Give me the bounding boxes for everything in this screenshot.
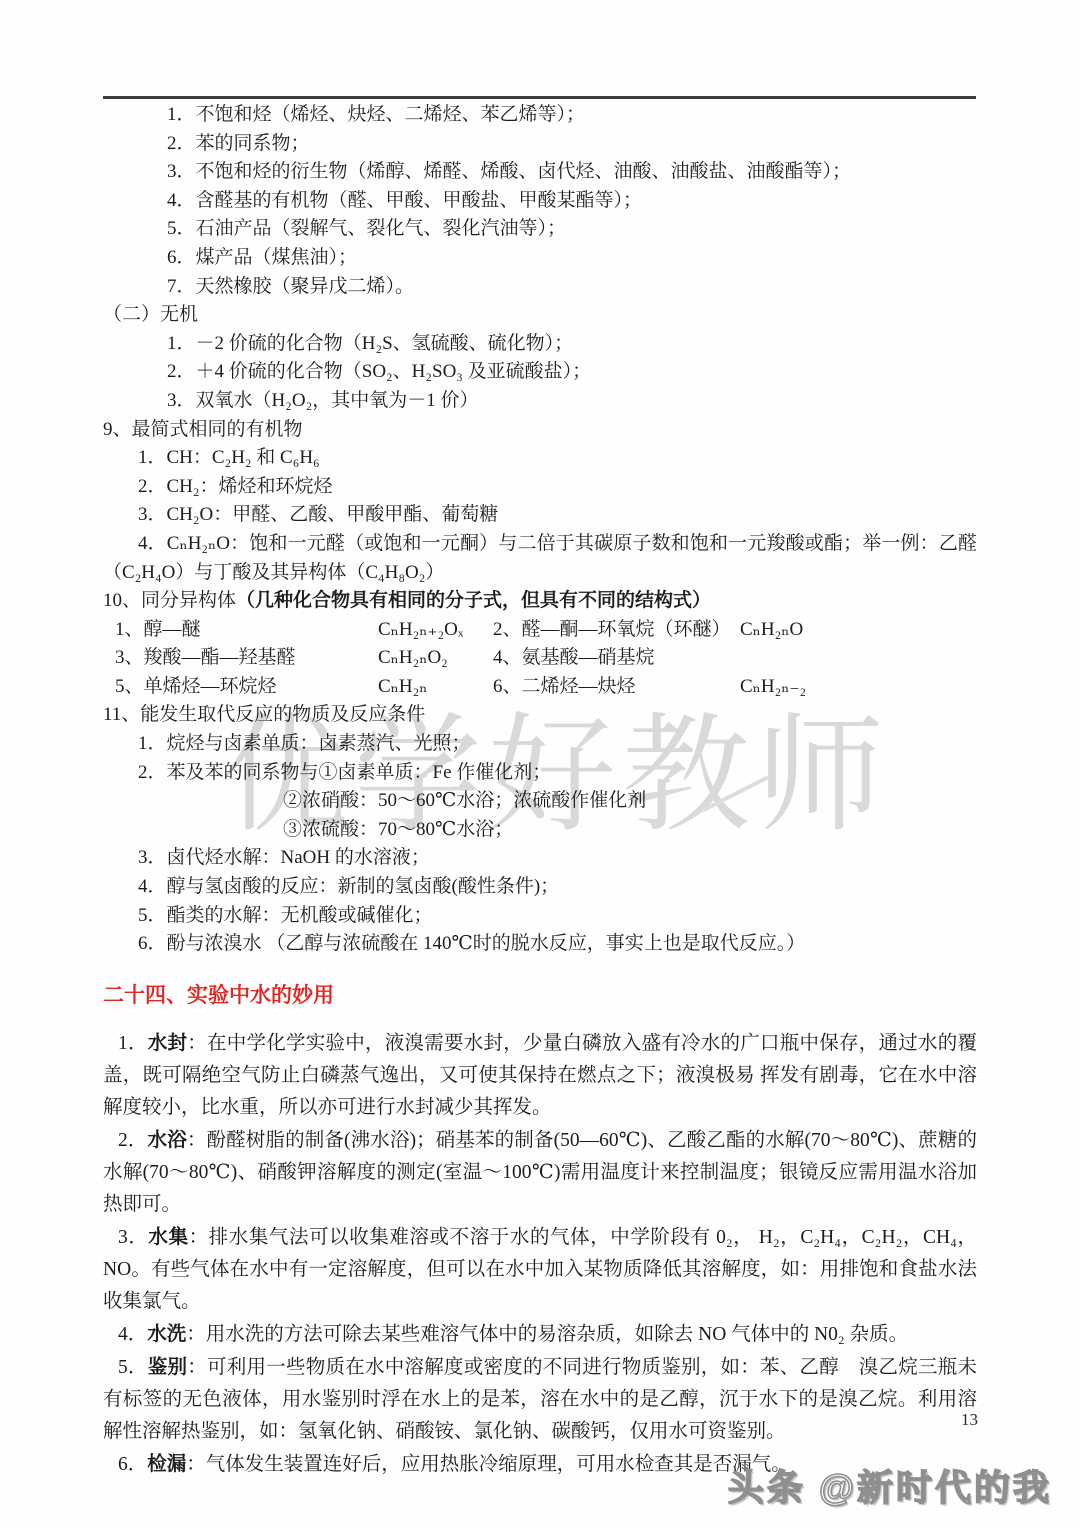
paragraph-number: 6． <box>118 1454 147 1475</box>
list-item: 1．烷烃与卤素单质：卤素蒸汽、光照； <box>103 730 977 759</box>
list-item: 2．CH₂：烯烃和环烷烃 <box>103 473 977 502</box>
section-11-heading: 11、能发生取代反应的物质及反应条件 <box>103 701 977 730</box>
list-item: 6．煤产品（煤焦油）； <box>103 244 977 273</box>
section-10-heading: 10、同分异构体（几种化合物具有相同的分子式，但具有不同的结构式） <box>103 587 977 616</box>
list-item: 5．酯类的水解：无机酸或碱催化； <box>103 902 977 931</box>
document-body: 1．不饱和烃（烯烃、炔烃、二烯烃、苯乙烯等）； 2．苯的同系物； 3．不饱和烃的… <box>103 101 977 1481</box>
paragraph: 3．水集：排水集气法可以收集难溶或不溶于水的气体，中学阶段有 0₂， H₂，C₂… <box>103 1221 977 1318</box>
list-item: 3．CH₂O：甲醛、乙酸、甲酸甲酯、葡萄糖 <box>103 501 977 530</box>
list-item: 3．卤代烃水解：NaOH 的水溶液； <box>103 844 977 873</box>
paragraph: 1．水封：在中学化学实验中，液溴需要水封，少量白磷放入盛有冷水的广口瓶中保存，通… <box>103 1027 977 1124</box>
isomer-formula: CₙH₂ₙ <box>378 673 493 702</box>
list-item: 2．＋4 价硫的化合物（SO₂、H₂SO₃ 及亚硫酸盐）； <box>103 358 977 387</box>
paragraph-text: ：酚醛树脂的制备(沸水浴)；硝基苯的制备(50—60℃)、乙酸乙酯的水解(70～… <box>103 1130 977 1215</box>
paragraph-term: 鉴别 <box>148 1356 188 1378</box>
paragraph: 2．水浴：酚醛树脂的制备(沸水浴)；硝基苯的制备(50—60℃)、乙酸乙酯的水解… <box>103 1124 977 1221</box>
document-page: 优学好教师 1．不饱和烃（烯烃、炔烃、二烯烃、苯乙烯等）； 2．苯的同系物； 3… <box>0 0 1080 1527</box>
list-item: 2．苯的同系物； <box>103 130 977 159</box>
paragraph-text: ：可利用一些物质在水中溶解度或密度的不同进行物质鉴别，如：苯、乙醇 溴乙烷三瓶未… <box>103 1357 977 1442</box>
paragraph-text: ：气体发生装置连好后，应用热胀冷缩原理，可用水检查其是否漏气。 <box>186 1454 791 1475</box>
paragraph-number: 4． <box>118 1324 147 1345</box>
list-item: 3．不饱和烃的衍生物（烯醇、烯醛、烯酸、卤代烃、油酸、油酸盐、油酸酯等）； <box>103 158 977 187</box>
paragraph-term: 检漏 <box>147 1453 186 1475</box>
list-item: 4．含醛基的有机物（醛、甲酸、甲酸盐、甲酸某酯等）； <box>103 187 977 216</box>
isomer-formula: CₙH₂ₙO <box>740 616 977 645</box>
section-10-heading-prefix: 10、同分异构体 <box>103 590 236 611</box>
list-item: 1．CH：C₂H₂ 和 C₆H₆ <box>103 444 977 473</box>
list-item: 1．－2 价硫的化合物（H₂S、氢硫酸、硫化物）； <box>103 330 977 359</box>
section-9-heading: 9、最简式相同的有机物 <box>103 416 977 445</box>
isomer-pair: 6、二烯烃—炔烃 <box>493 673 740 702</box>
paragraph-term: 水洗 <box>147 1323 186 1345</box>
paragraph-text: ：用水洗的方法可除去某些难溶气体中的易溶杂质，如除去 NO 气体中的 N0₂ 杂… <box>186 1324 908 1345</box>
isomer-pair: 2、醛—酮—环氧烷（环醚） <box>493 616 740 645</box>
isomer-formula: CₙH₂ₙ₋₂ <box>740 673 977 702</box>
paragraph-number: 2． <box>118 1130 148 1151</box>
isomer-formula: CₙH₂ₙO₂ <box>378 644 493 673</box>
section-10-heading-emphasis: （几种化合物具有相同的分子式，但具有不同的结构式） <box>236 590 711 611</box>
isomer-row: 1、醇—醚 CₙH₂ₙ₊₂Oₓ 2、醛—酮—环氧烷（环醚） CₙH₂ₙO <box>103 616 977 645</box>
paragraph: 5．鉴别：可利用一些物质在水中溶解度或密度的不同进行物质鉴别，如：苯、乙醇 溴乙… <box>103 1351 977 1448</box>
isomer-pair: 3、羧酸—酯—羟基醛 <box>115 644 378 673</box>
page-number: 13 <box>961 1410 978 1430</box>
list-item: 3．双氧水（H₂O₂，其中氧为－1 价） <box>103 387 977 416</box>
paragraph-text: ：排水集气法可以收集难溶或不溶于水的气体，中学阶段有 0₂， H₂，C₂H₄，C… <box>103 1227 977 1312</box>
list-subitem: ②浓硝酸：50～60℃水浴；浓硫酸作催化剂 <box>103 787 977 816</box>
list-item: 5．石油产品（裂解气、裂化气、裂化汽油等）； <box>103 215 977 244</box>
list-item: 4．醇与氢卤酸的反应：新制的氢卤酸(酸性条件)； <box>103 873 977 902</box>
header-rule <box>103 96 976 99</box>
list-item: 1．不饱和烃（烯烃、炔烃、二烯烃、苯乙烯等）； <box>103 101 977 130</box>
section-24-body: 1．水封：在中学化学实验中，液溴需要水封，少量白磷放入盛有冷水的广口瓶中保存，通… <box>103 1027 977 1481</box>
isomer-formula: CₙH₂ₙ₊₂Oₓ <box>378 616 493 645</box>
list-item: 4．CₙH₂ₙO：饱和一元醛（或饱和一元酮）与二倍于其碳原子数和饱和一元羧酸或酯… <box>103 530 977 587</box>
isomer-row: 3、羧酸—酯—羟基醛 CₙH₂ₙO₂ 4、氨基酸—硝基烷 <box>103 644 977 673</box>
list-item: 6．酚与浓溴水 （乙醇与浓硫酸在 140℃时的脱水反应，事实上也是取代反应。） <box>103 930 977 959</box>
footer-watermark-stamp: 头条 @新时代的我 <box>728 1460 1052 1511</box>
isomer-pair: 5、单烯烃—环烷烃 <box>115 673 378 702</box>
isomer-pair: 1、醇—醚 <box>115 616 378 645</box>
paragraph-term: 水浴 <box>148 1129 187 1151</box>
list-item: 7．天然橡胶（聚异戊二烯）。 <box>103 273 977 302</box>
isomer-formula <box>740 644 977 673</box>
list-item: 2．苯及苯的同系物与①卤素单质：Fe 作催化剂； <box>103 759 977 788</box>
paragraph-term: 水集 <box>148 1226 188 1248</box>
section-24-heading: 二十四、实验中水的妙用 <box>103 981 977 1011</box>
paragraph-term: 水封 <box>148 1032 188 1054</box>
paragraph-number: 5． <box>118 1357 148 1378</box>
paragraph: 4．水洗：用水洗的方法可除去某些难溶气体中的易溶杂质，如除去 NO 气体中的 N… <box>103 1318 977 1351</box>
paragraph-number: 3． <box>118 1227 148 1248</box>
inorganic-heading: （二）无机 <box>103 301 977 330</box>
isomer-pair: 4、氨基酸—硝基烷 <box>493 644 740 673</box>
paragraph-text: ：在中学化学实验中，液溴需要水封，少量白磷放入盛有冷水的广口瓶中保存，通过水的覆… <box>103 1033 977 1118</box>
isomer-row: 5、单烯烃—环烷烃 CₙH₂ₙ 6、二烯烃—炔烃 CₙH₂ₙ₋₂ <box>103 673 977 702</box>
paragraph-number: 1． <box>118 1033 148 1054</box>
list-subitem: ③浓硫酸：70～80℃水浴； <box>103 816 977 845</box>
